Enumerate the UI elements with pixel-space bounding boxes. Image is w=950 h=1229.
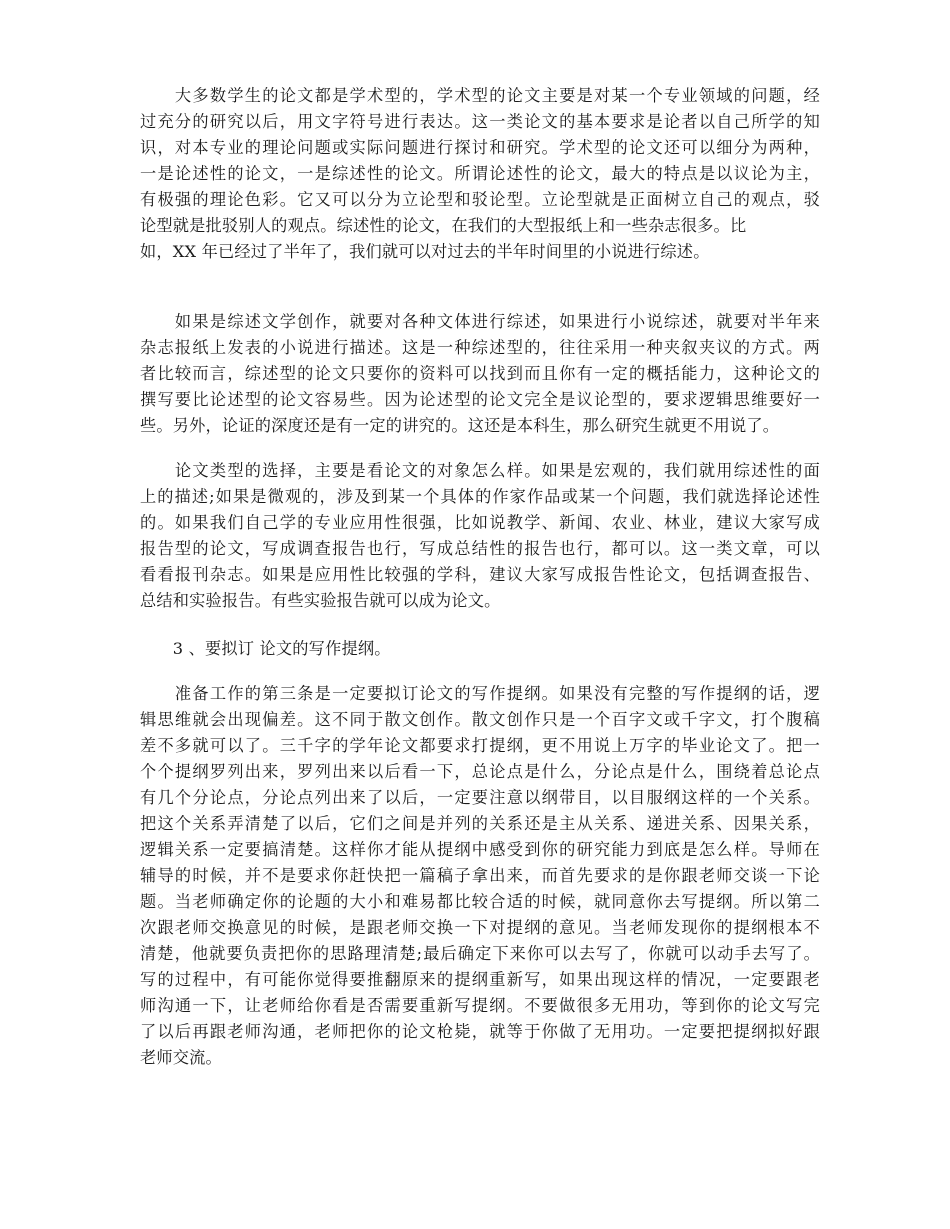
text-line: 师沟通一下，让老师给你看是否需要重新写提纲。不要做很多无用功，等到你的论文写完	[140, 993, 820, 1019]
text-line: 识，对本专业的理论问题或实际问题进行探讨和研究。学术型的论文还可以细分为两种，	[140, 135, 820, 161]
text-line: 老师交流。	[140, 1045, 820, 1071]
paragraph-paper-type-selection: 论文类型的选择，主要是看论文的对象怎么样。如果是宏观的，我们就用综述性的面 上的…	[140, 458, 820, 614]
text-line: 者比较而言，综述型的论文只要你的资料可以找到而且你有一定的概括能力，这种论文的	[140, 361, 820, 387]
text-line: 撰写要比论述型的论文容易些。因为论述型的论文完全是议论型的，要求逻辑思维要好一	[140, 387, 820, 413]
text-line: 有几个分论点，分论点列出来了以后，一定要注意以纲带目，以目服纲这样的一个关系。	[140, 785, 820, 811]
text-line: 有极强的理论色彩。它又可以分为立论型和驳论型。立论型就是正面树立自己的观点，驳	[140, 187, 820, 213]
text-line: 准备工作的第三条是一定要拟订论文的写作提纲。如果没有完整的写作提纲的话，逻	[140, 681, 820, 707]
text-line: 看看报刊杂志。如果是应用性比较强的学科，建议大家写成报告性论文，包括调查报告、	[140, 562, 820, 588]
text-line: 次跟老师交换意见的时候，是跟老师交换一下对提纲的意见。当老师发现你的提纲根本不	[140, 915, 820, 941]
text-line: 总结和实验报告。有些实验报告就可以成为论文。	[140, 588, 820, 614]
text-line: 如，XX 年已经过了半年了，我们就可以对过去的半年时间里的小说进行综述。	[140, 239, 820, 265]
text-line: 了以后再跟老师沟通，老师把你的论文枪毙，就等于你做了无用功。一定要把提纲拟好跟	[140, 1019, 820, 1045]
text-line: 上的描述;如果是微观的，涉及到某一个具体的作家作品或某一个问题，我们就选择论述性	[140, 484, 820, 510]
text-line: 清楚，他就要负责把你的思路理清楚;最后确定下来你可以去写了，你就可以动手去写了。	[140, 941, 820, 967]
text-line: 杂志报纸上发表的小说进行描述。这是一种综述型的，往往采用一种夹叙夹议的方式。两	[140, 335, 820, 361]
text-line: 过充分的研究以后，用文字符号进行表达。这一类论文的基本要求是论者以自己所学的知	[140, 109, 820, 135]
section-heading: 3 、要拟订 论文的写作提纲。	[140, 636, 820, 662]
text-line: 把这个关系弄清楚了以后，它们之间是并列的关系还是主从关系、递进关系、因果关系，	[140, 811, 820, 837]
paragraph-outline-writing: 准备工作的第三条是一定要拟订论文的写作提纲。如果没有完整的写作提纲的话，逻 辑思…	[140, 681, 820, 1071]
document-page: 大多数学生的论文都是学术型的，学术型的论文主要是对某一个专业领域的问题，经 过充…	[0, 0, 950, 1229]
text-line: 一是论述性的论文，一是综述性的论文。所谓论述性的论文，最大的特点是以议论为主，	[140, 161, 820, 187]
text-line: 的。如果我们自己学的专业应用性很强，比如说教学、新闻、农业、林业，建议大家写成	[140, 510, 820, 536]
paragraph-academic-papers: 大多数学生的论文都是学术型的，学术型的论文主要是对某一个专业领域的问题，经 过充…	[140, 83, 820, 265]
paragraph-review-writing: 如果是综述文学创作，就要对各种文体进行综述，如果进行小说综述，就要对半年来 杂志…	[140, 309, 820, 439]
text-line: 些。另外，论证的深度还是有一定的讲究的。这还是本科生，那么研究生就更不用说了。	[140, 413, 820, 439]
text-line: 辅导的时候，并不是要求你赶快把一篇稿子拿出来，而首先要求的是你跟老师交谈一下论	[140, 863, 820, 889]
text-line: 论文类型的选择，主要是看论文的对象怎么样。如果是宏观的，我们就用综述性的面	[140, 458, 820, 484]
text-line: 题。当老师确定你的论题的大小和难易都比较合适的时候，就同意你去写提纲。所以第二	[140, 889, 820, 915]
text-line: 如果是综述文学创作，就要对各种文体进行综述，如果进行小说综述，就要对半年来	[140, 309, 820, 335]
text-line: 辑思维就会出现偏差。这不同于散文创作。散文创作只是一个百字文或千字文，打个腹稿	[140, 707, 820, 733]
text-line: 写的过程中，有可能你觉得要推翻原来的提纲重新写，如果出现这样的情况，一定要跟老	[140, 967, 820, 993]
text-line: 大多数学生的论文都是学术型的，学术型的论文主要是对某一个专业领域的问题，经	[140, 83, 820, 109]
text-line: 报告型的论文，写成调查报告也行，写成总结性的报告也行，都可以。这一类文章，可以	[140, 536, 820, 562]
text-line: 论型就是批驳别人的观点。综述性的论文，在我们的大型报纸上和一些杂志很多。比	[140, 213, 820, 239]
section-heading-outline: 3 、要拟订 论文的写作提纲。	[140, 636, 820, 662]
text-line: 逻辑关系一定要搞清楚。这样你才能从提纲中感受到你的研究能力到底是怎么样。导师在	[140, 837, 820, 863]
text-line: 差不多就可以了。三千字的学年论文都要求打提纲，更不用说上万字的毕业论文了。把一	[140, 733, 820, 759]
text-line: 个个提纲罗列出来，罗列出来以后看一下，总论点是什么，分论点是什么，围绕着总论点	[140, 759, 820, 785]
